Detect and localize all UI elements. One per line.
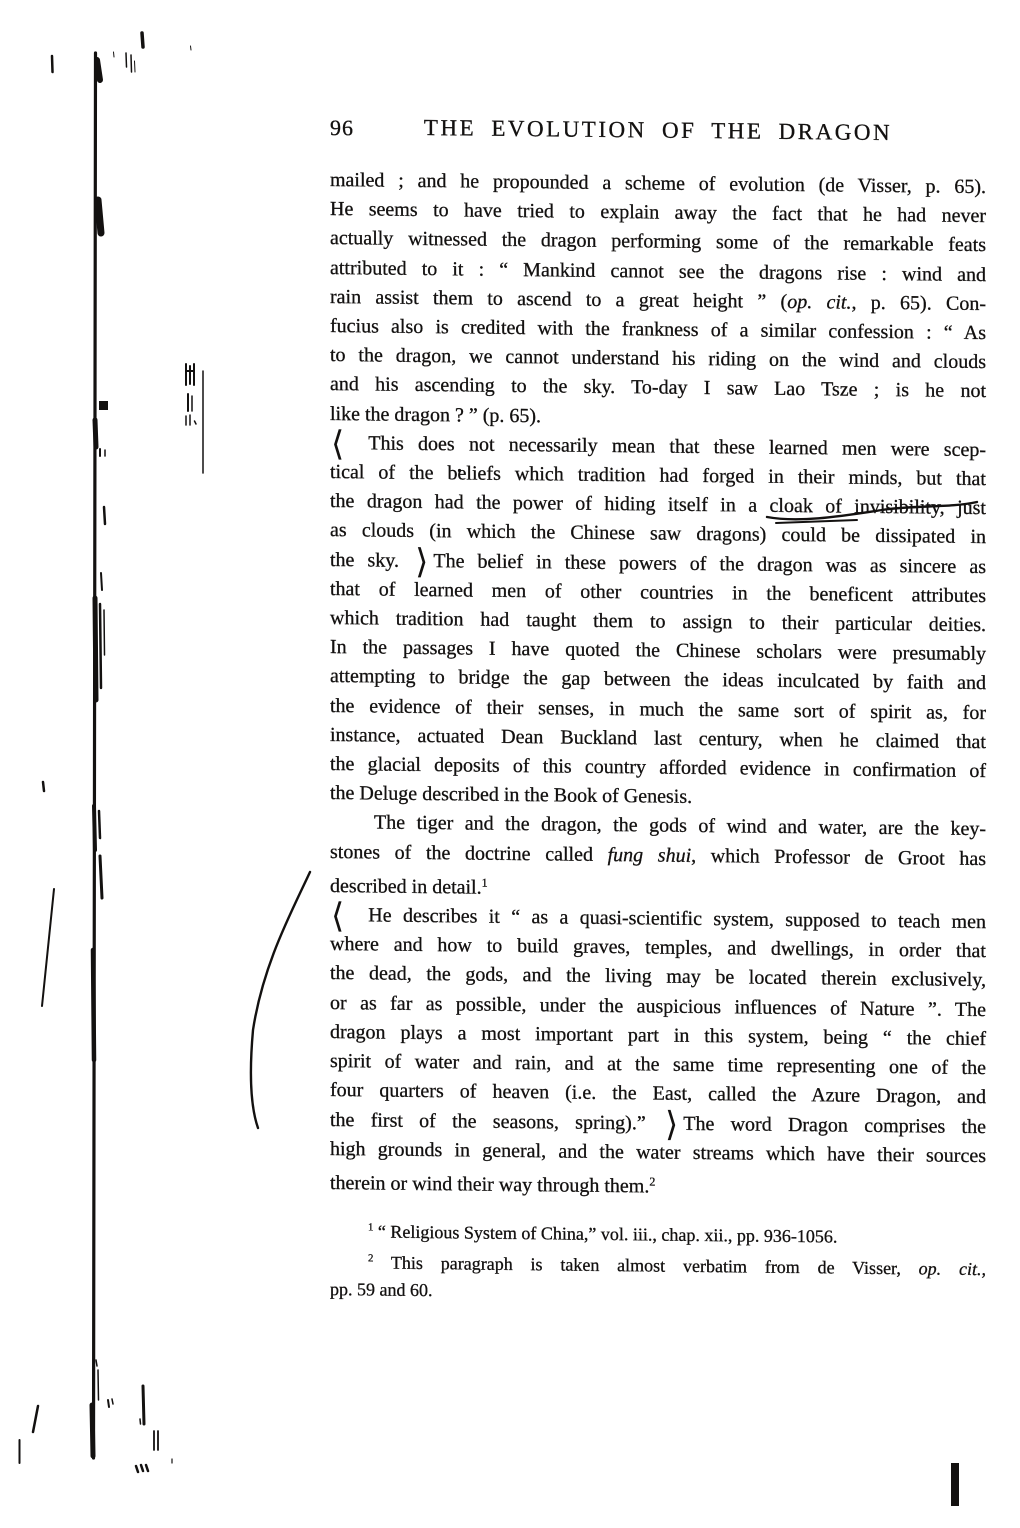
running-title: THE EVOLUTION OF THE DRAGON [330, 112, 986, 147]
text-block: 96 THE EVOLUTION OF THE DRAGON mailed ; … [330, 112, 986, 1310]
page-header: 96 THE EVOLUTION OF THE DRAGON [330, 112, 986, 151]
book-page-scan: 96 THE EVOLUTION OF THE DRAGON mailed ; … [0, 0, 1020, 1528]
margin-marks [20, 33, 204, 1472]
handwritten-parenthesis [251, 872, 310, 1128]
bottom-right-ink-bar [951, 1463, 959, 1506]
paragraph: mailed ; and he propounded a scheme of e… [330, 166, 986, 436]
paragraph: The tiger and the dragon, the gods of wi… [330, 808, 986, 908]
paragraph: ⟨He describes it “ as a quasi-scientific… [330, 901, 986, 1205]
body-text: mailed ; and he propounded a scheme of e… [330, 166, 986, 1205]
page-number: 96 [330, 115, 354, 141]
paragraph: ⟨This does not necessarily mean that the… [330, 429, 986, 816]
text-line: therein or wind their way through them.2 [330, 1164, 986, 1205]
gutter-line-artifact [92, 53, 101, 1458]
footnotes: 1 “ Religious System of China,” vol. iii… [330, 1214, 986, 1310]
